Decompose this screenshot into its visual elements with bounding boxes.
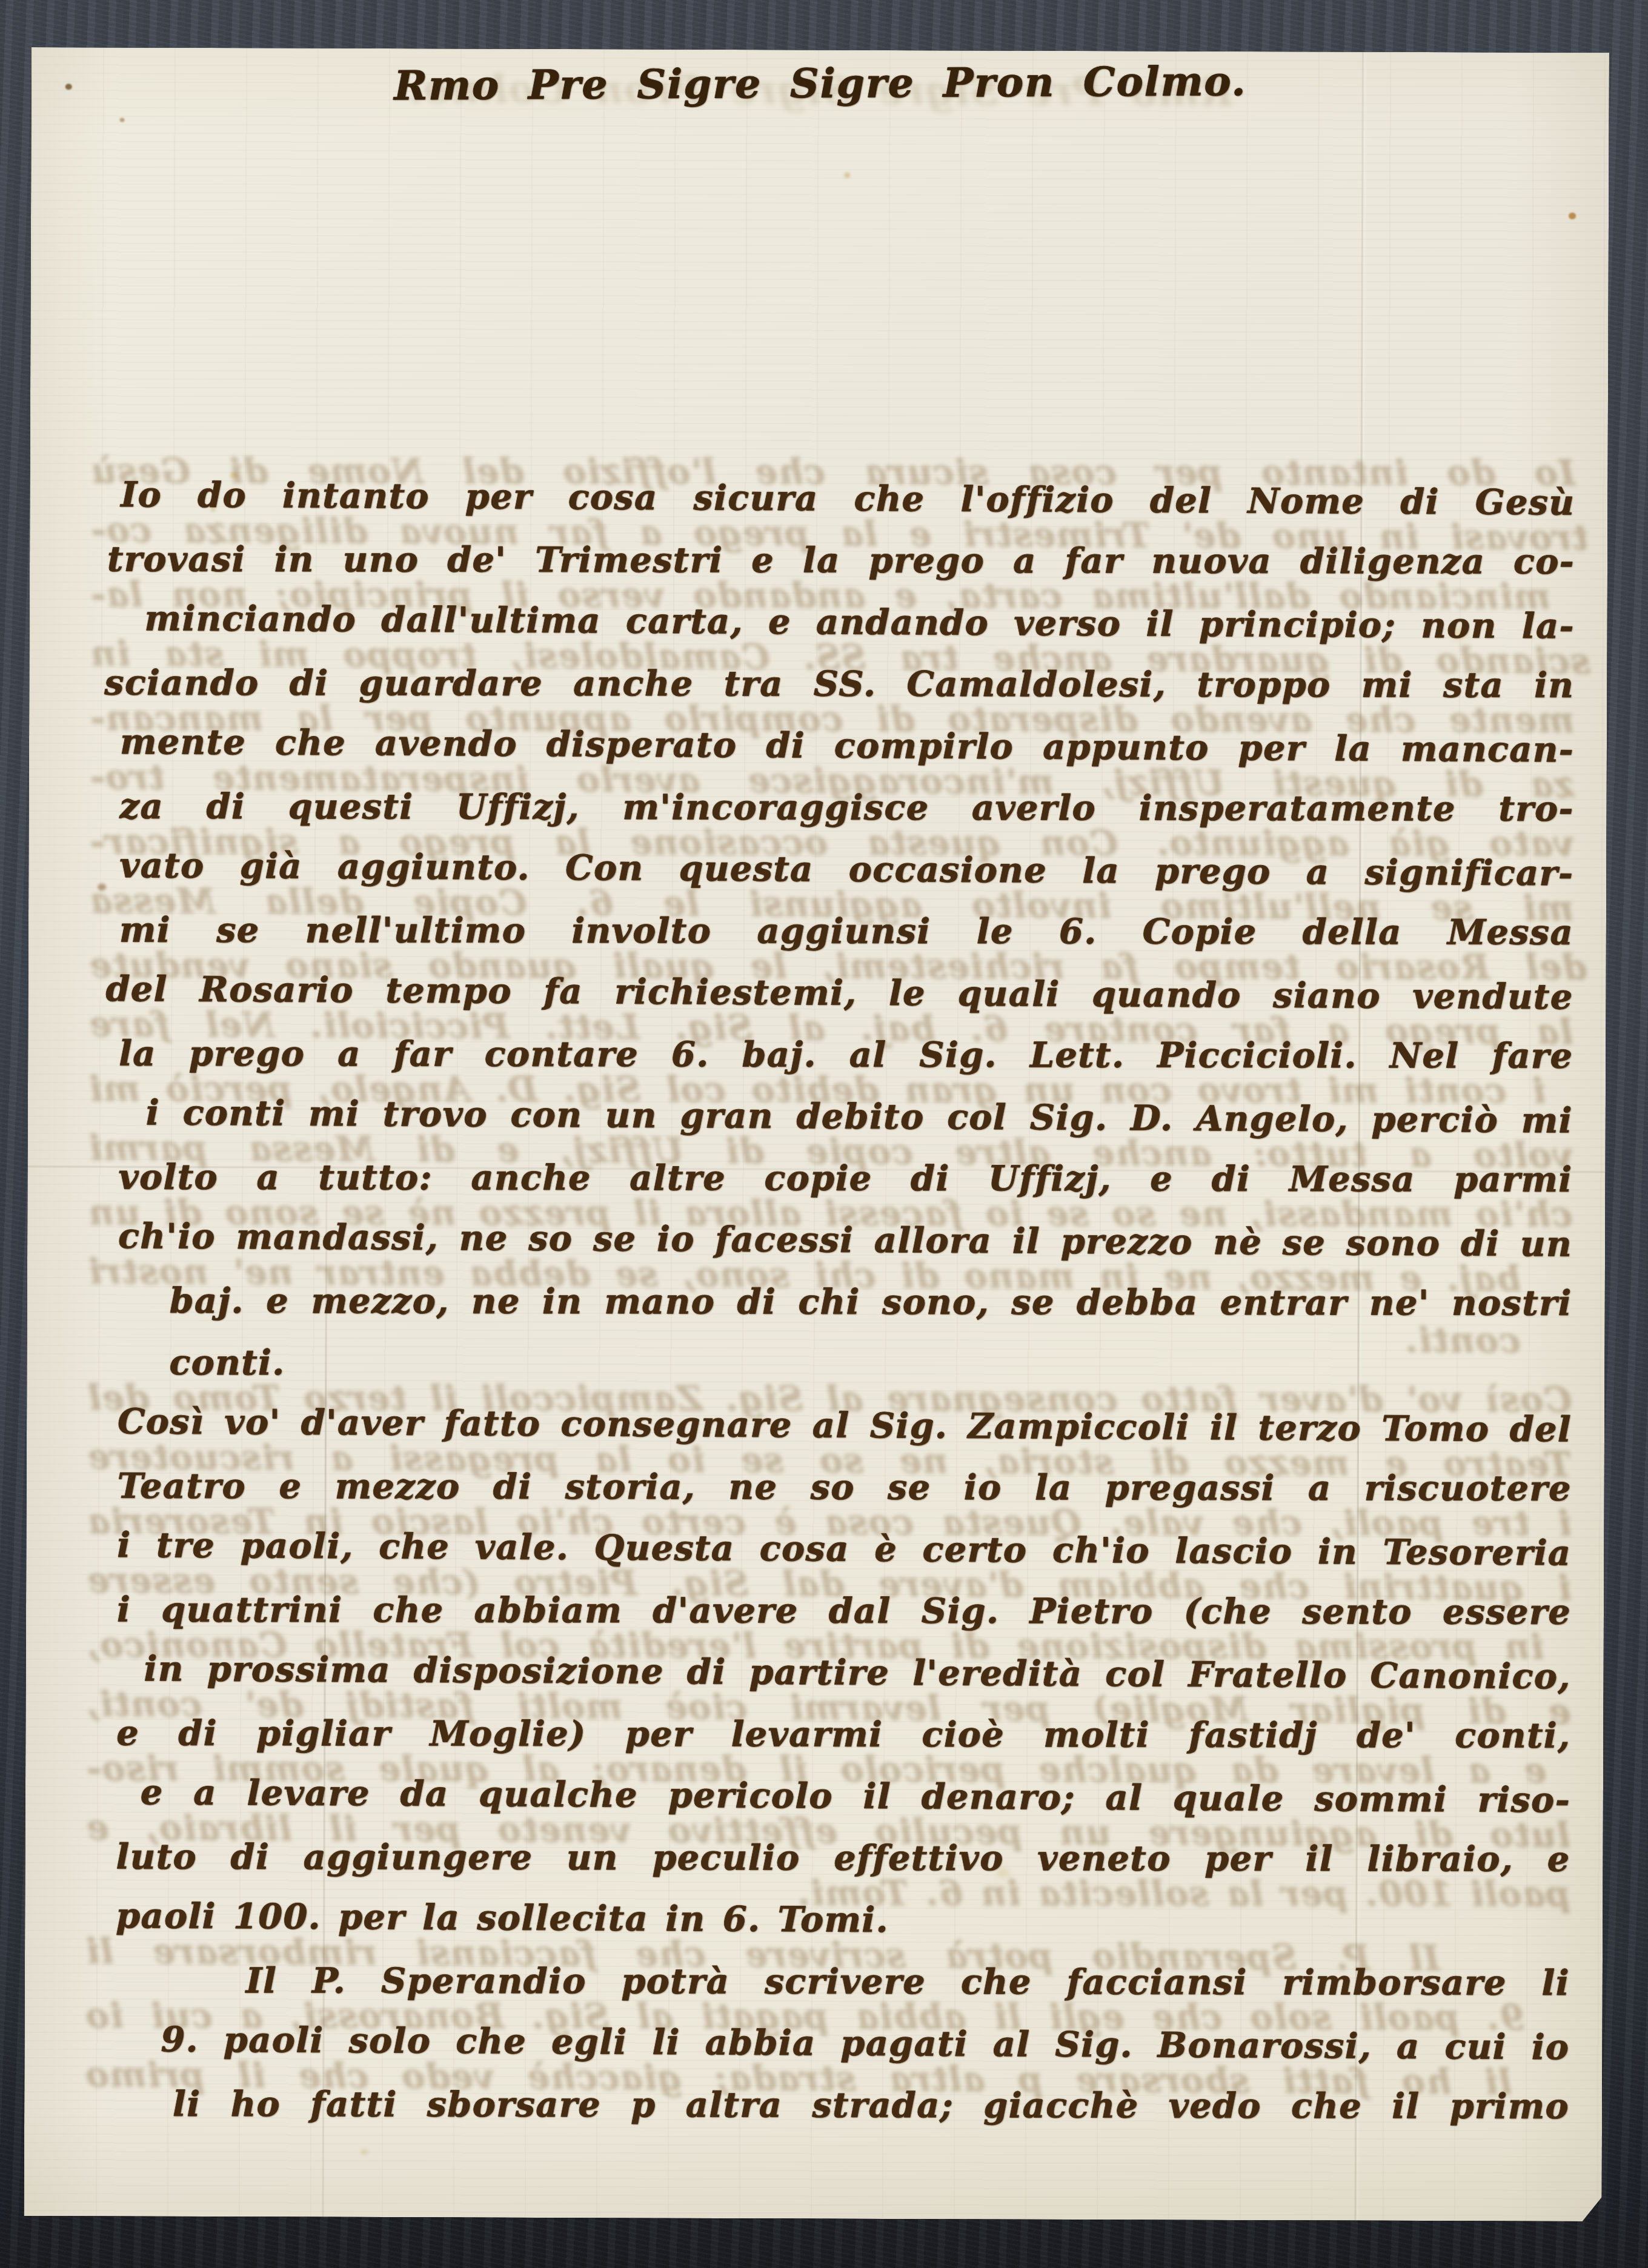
manuscript-line: la prego a far contare 6. baj. al Sig. L… — [119, 1023, 1573, 1087]
manuscript-line: trovasi in uno de' Trimestri e la prego … — [107, 529, 1575, 593]
fox-spot — [120, 118, 125, 122]
manuscript-line: e di pigliar Moglie) per levarmi cioè mo… — [116, 1703, 1570, 1767]
fox-spot — [1569, 213, 1576, 219]
manuscript-line: sciando di guardare anche tra SS. Camald… — [104, 652, 1574, 717]
fox-spot — [844, 173, 850, 178]
manuscript-line: luto di aggiungere un peculio effettivo … — [116, 1826, 1570, 1891]
manuscript-line: ch'io mandassi, ne so se io facessi allo… — [118, 1205, 1573, 1275]
letter-paper: Rmo Pre Sigre Sigre Pron Colmo. Io do in… — [24, 47, 1609, 2221]
manuscript-line: li ho fatti sborsare p altra strada; gia… — [173, 2074, 1569, 2138]
manuscript-line: Io do intanto per cosa sicura che l'offi… — [121, 464, 1575, 534]
photo-of-letter: { "letter": { "salutation": "Rmo Pre Sig… — [0, 0, 1648, 2268]
manuscript-line: Teatro e mezzo di storia, ne so se io la… — [118, 1456, 1572, 1520]
manuscript-line: paoli 100. per la sollecita in 6. Tomi. — [116, 1885, 1570, 1955]
manuscript-line: in prossima disposizione di partire l'er… — [144, 1638, 1571, 1708]
salutation-line: Rmo Pre Sigre Sigre Pron Colmo. — [32, 56, 1609, 111]
manuscript-line: 9. paoli solo che egli li abbia pagati a… — [161, 2009, 1570, 2078]
manuscript-line: volto a tutto: anche altre copie di Uffi… — [118, 1147, 1572, 1211]
manuscript-line: i tre paoli, che vale. Questa cosa è cer… — [117, 1514, 1572, 1584]
manuscript-line: i quattrini che abbiam d'avere dal Sig. … — [117, 1579, 1571, 1643]
manuscript-line: mente che avendo disperato di compirlo a… — [120, 711, 1575, 781]
manuscript-line: e a levare da qualche pericolo il denaro… — [141, 1762, 1571, 1831]
fox-spot — [361, 2149, 368, 2155]
manuscript-line: baj. e mezzo, ne in mano di chi sono, se… — [169, 1270, 1572, 1396]
manuscript-line: del Rosario tempo fa richiestemi, le qua… — [105, 958, 1573, 1029]
manuscript-line: Così vo' d'aver fatto consegnare al Sig.… — [118, 1391, 1572, 1461]
manuscript-line: vato già aggiunto. Con questa occasione … — [119, 835, 1574, 904]
manuscript-line: za di questi Uffizj, m'incoraggisce aver… — [120, 776, 1574, 840]
manuscript-line: Il P. Sperandio potrà scrivere che facci… — [246, 1950, 1570, 2014]
manuscript-line: i conti mi trovo con un gran debito col … — [146, 1082, 1573, 1152]
manuscript-line: mi se nell'ultimo involto aggiunsi le 6.… — [119, 900, 1573, 964]
manuscript-line: minciando dall'ultima carta, e andando v… — [144, 588, 1575, 657]
manuscript-body: Io do intanto per cosa sicura che l'offi… — [115, 466, 1575, 2139]
